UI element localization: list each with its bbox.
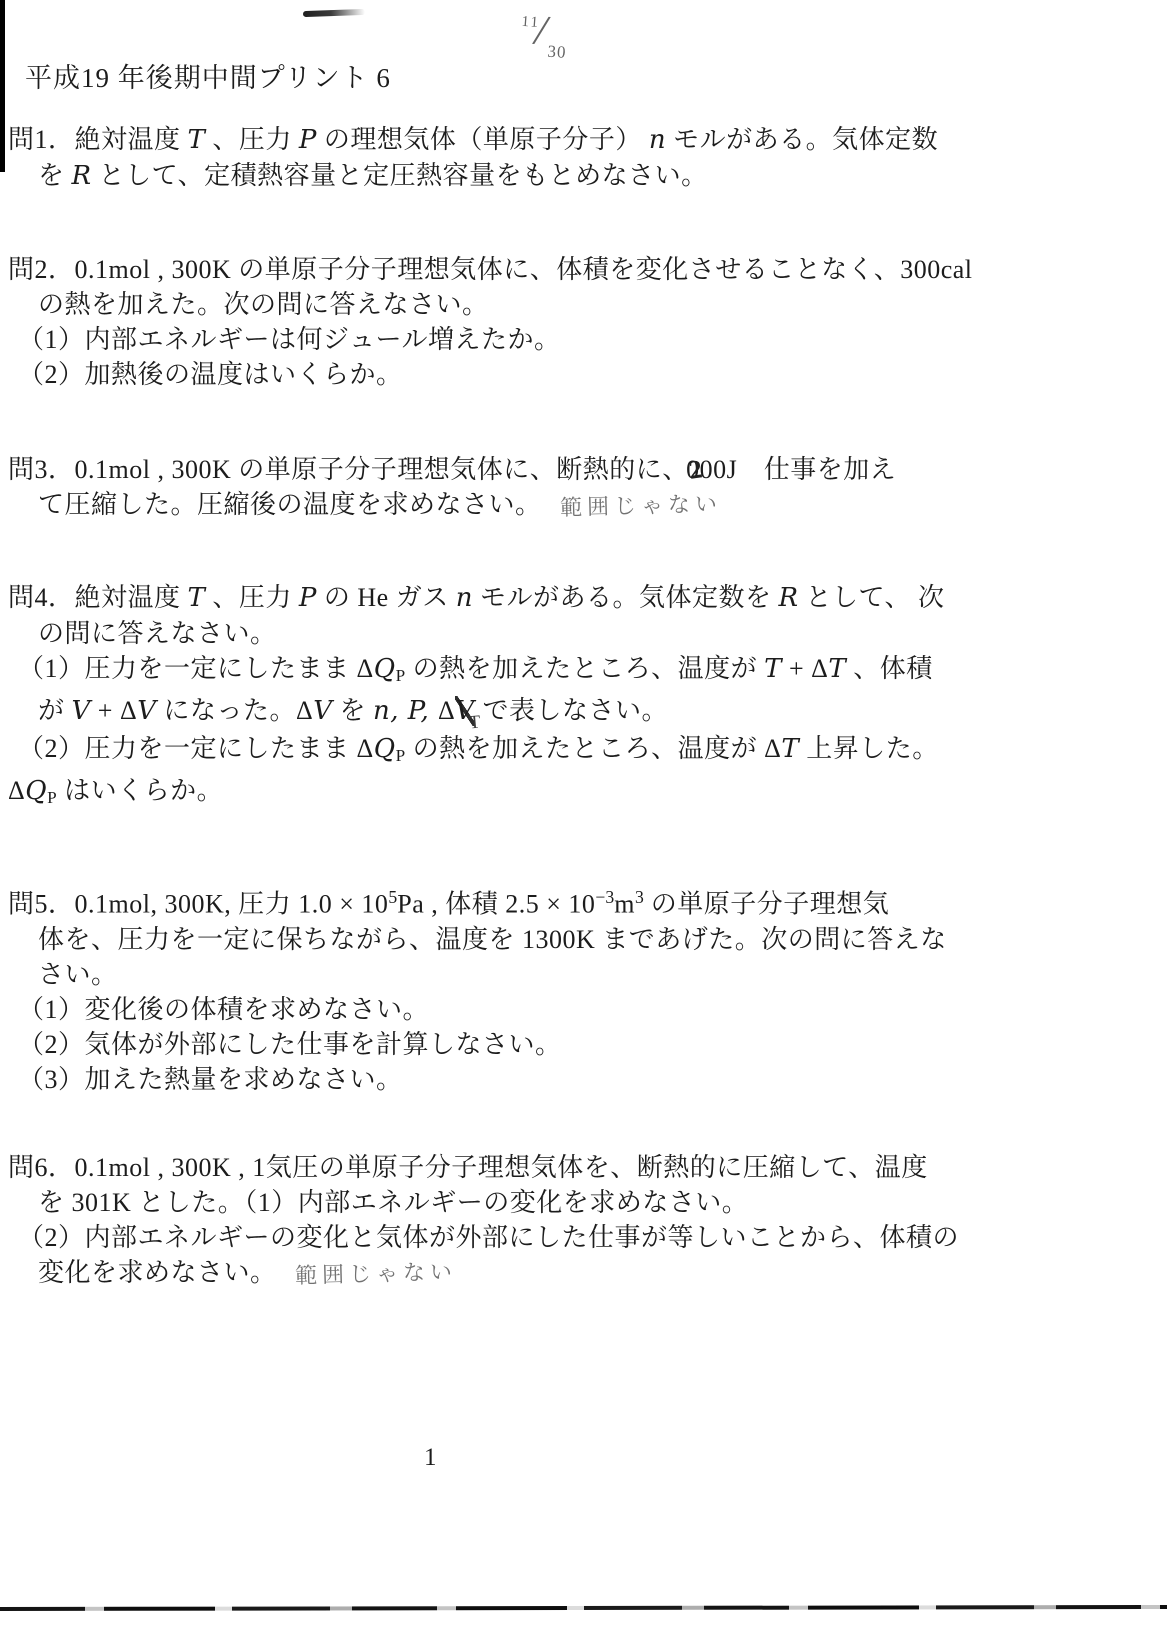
text-segment: −3 [595, 887, 614, 907]
text-segment: の熱を加えた。次の問に答えなさい。 [38, 290, 489, 319]
text-line: （1）圧力を一定にしたまま ΔQP の熱を加えたところ、温度が T + ΔT 、… [0, 651, 1167, 693]
text-line: 問5．0.1mol, 300K, 圧力 1.0 × 105Pa , 体積 2.5… [0, 880, 1167, 922]
text-segment: 問3．0.1mol , 300K の単原子分子理想気体に、断熱的に、 [8, 455, 689, 484]
text-segment: を [38, 161, 72, 190]
text-segment: の問に答えなさい。 [38, 619, 277, 648]
text-line: 問2．0.1mol , 300K の単原子分子理想気体に、体積を変化させることな… [0, 252, 1167, 287]
text-segment: 変化を求めなさい。 [38, 1258, 277, 1287]
text-segment: Δ [8, 776, 25, 805]
text-line: を R として、定積熱容量と定圧熱容量をもとめなさい。 [0, 158, 1167, 194]
text-segment: T [781, 734, 799, 764]
document-title: 平成19 年後期中間プリント 6 [25, 56, 391, 95]
text-line: （1）変化後の体積を求めなさい。 [0, 992, 1167, 1027]
text-segment: が [38, 696, 72, 725]
text-line: て圧縮した。圧縮後の温度を求めなさい。範囲じゃない [0, 487, 1167, 523]
text-segment: の He ガス [317, 583, 456, 612]
text-segment: P [396, 746, 406, 765]
text-segment: 00J [700, 455, 738, 484]
text-segment: P [47, 787, 57, 806]
text-segment: R [778, 583, 798, 613]
problem-5: 問5．0.1mol, 300K, 圧力 1.0 × 105Pa , 体積 2.5… [0, 880, 1167, 1097]
text-segment: T [764, 654, 782, 684]
text-line: 変化を求めなさい。範囲じゃない [0, 1255, 1167, 1291]
text-segment: V [137, 696, 156, 726]
scan-artifact-bottom-line [0, 1605, 1167, 1611]
text-segment: の熱を加えたところ、温度が [406, 654, 765, 683]
text-segment: Q [25, 776, 47, 806]
text-segment: n [649, 125, 666, 155]
text-segment: 問5．0.1mol, 300K, 圧力 1.0 × 10 [8, 890, 388, 919]
text-segment: 問1．絶対温度 [8, 125, 188, 154]
text-segment: 上昇した。 [799, 734, 939, 763]
text-segment: を 301K とした。（1）内部エネルギーの変化を求めなさい。 [38, 1188, 748, 1217]
text-segment: P [299, 125, 317, 155]
text-segment: （2）加熱後の温度はいくらか。 [18, 360, 403, 389]
handwritten-note: 範囲じゃない [294, 1254, 457, 1293]
text-line: さい。 [0, 957, 1167, 992]
text-segment: V [72, 696, 91, 726]
text-segment: はいくらか。 [57, 776, 223, 805]
text-segment: T [188, 125, 206, 155]
text-segment: 、圧力 [205, 125, 299, 154]
text-segment: 、圧力 [205, 583, 299, 612]
page-number: 1 [424, 1444, 437, 1472]
text-segment: 、体積 [846, 654, 933, 683]
text-segment: 体を、圧力を一定に保ちながら、温度を 1300K まであげた。次の問に答えな [38, 925, 947, 954]
text-segment: n, P, [373, 696, 438, 726]
text-segment: R [72, 161, 92, 191]
text-segment: n [456, 583, 473, 613]
text-line: を 301K とした。（1）内部エネルギーの変化を求めなさい。 [0, 1185, 1167, 1220]
text-segment: （2）内部エネルギーの変化と気体が外部にした仕事が等しいことから、体積の [18, 1223, 959, 1252]
text-segment: の熱を加えたところ、温度が Δ [406, 734, 782, 763]
text-segment: （1）内部エネルギーは何ジュール増えたか。 [18, 325, 560, 354]
text-segment: 仕事を加え [737, 455, 896, 484]
text-line: が V + ΔV になった。ΔV を n, P, ΔVTで表しなさい。 [0, 693, 1167, 731]
text-line: （2）内部エネルギーの変化と気体が外部にした仕事が等しいことから、体積の [0, 1220, 1167, 1255]
text-segment: の単原子分子理想気 [644, 890, 890, 919]
text-segment: Δ [438, 696, 455, 725]
text-segment: + Δ [782, 654, 828, 683]
problem-4: 問4．絶対温度 T 、圧力 P の He ガス n モルがある。気体定数を R … [0, 580, 1167, 814]
problem-6: 問6．0.1mol , 300K , 1気圧の単原子分子理想気体を、断熱的に圧縮… [0, 1150, 1167, 1291]
text-segment: （2）圧力を一定にしたまま Δ [18, 734, 374, 763]
problem-3: 問3．0.1mol , 300K の単原子分子理想気体に、断熱的に、2000J … [0, 452, 1167, 523]
text-segment: モルがある。気体定数を [473, 583, 779, 612]
handwritten-note: 範囲じゃない [559, 486, 722, 525]
text-line: 問4．絶対温度 T 、圧力 P の He ガス n モルがある。気体定数を R … [0, 580, 1167, 616]
problem-1: 問1．絶対温度 T 、圧力 P の理想気体（単原子分子） n モルがある。気体定… [0, 122, 1167, 194]
text-segment: Q [374, 654, 396, 684]
text-line: （1）内部エネルギーは何ジュール増えたか。 [0, 322, 1167, 357]
text-line: の熱を加えた。次の問に答えなさい。 [0, 287, 1167, 322]
text-line: （2）気体が外部にした仕事を計算しなさい。 [0, 1027, 1167, 1062]
text-segment: P [396, 666, 406, 685]
text-segment: の理想気体（単原子分子） [317, 125, 649, 154]
scan-artifact-top-smudge [303, 9, 365, 17]
text-segment: 3 [635, 887, 644, 907]
text-line: （2）圧力を一定にしたまま ΔQP の熱を加えたところ、温度が ΔT 上昇した。 [0, 731, 1167, 773]
text-segment: Q [374, 734, 396, 764]
text-segment: P [299, 583, 317, 613]
text-line: （2）加熱後の温度はいくらか。 [0, 357, 1167, 392]
text-segment: て圧縮した。圧縮後の温度を求めなさい。 [38, 490, 542, 519]
date-denominator: 30 [547, 42, 567, 63]
text-segment: T [828, 654, 846, 684]
scanned-document-page: 11 / 30 平成19 年後期中間プリント 6 問1．絶対温度 T 、圧力 P… [0, 0, 1167, 1626]
text-line: 問1．絶対温度 T 、圧力 P の理想気体（単原子分子） n モルがある。気体定… [0, 122, 1167, 158]
text-segment: （1）圧力を一定にしたまま Δ [18, 654, 374, 683]
text-segment: として、定積熱容量と定圧熱容量をもとめなさい。 [92, 161, 708, 190]
text-segment: 問2．0.1mol , 300K の単原子分子理想気体に、体積を変化させることな… [8, 255, 973, 284]
text-line: （3）加えた熱量を求めなさい。 [0, 1062, 1167, 1097]
text-line: ΔQP はいくらか。 [0, 773, 1167, 815]
handwritten-correction: T [467, 704, 482, 740]
text-line: 体を、圧力を一定に保ちながら、温度を 1300K まであげた。次の問に答えな [0, 922, 1167, 957]
text-segment: T [188, 583, 206, 613]
text-segment: として、 次 [799, 583, 945, 612]
text-line: の問に答えなさい。 [0, 616, 1167, 651]
text-segment: （2）気体が外部にした仕事を計算しなさい。 [18, 1030, 562, 1059]
handwritten-date: 11 / 30 [516, 12, 590, 79]
text-segment: + Δ [91, 696, 137, 725]
text-segment: で表しなさい。 [482, 696, 668, 725]
text-segment: （3）加えた熱量を求めなさい。 [18, 1065, 403, 1094]
text-segment: を [332, 696, 373, 725]
problem-2: 問2．0.1mol , 300K の単原子分子理想気体に、体積を変化させることな… [0, 252, 1167, 392]
text-segment: 問4．絶対温度 [8, 583, 188, 612]
text-segment: V [313, 696, 332, 726]
text-segment: （1）変化後の体積を求めなさい。 [18, 995, 429, 1024]
text-line: 問6．0.1mol , 300K , 1気圧の単原子分子理想気体を、断熱的に圧縮… [0, 1150, 1167, 1185]
text-segment: 5 [388, 887, 397, 907]
text-segment: さい。 [38, 960, 118, 989]
text-segment: 問6．0.1mol , 300K , 1気圧の単原子分子理想気体を、断熱的に圧縮… [8, 1153, 928, 1182]
date-slash: / [533, 7, 548, 56]
text-segment: になった。Δ [156, 696, 313, 725]
text-segment: m [614, 890, 635, 919]
text-segment: Pa , 体積 2.5 × 10 [397, 890, 595, 919]
text-line: 問3．0.1mol , 300K の単原子分子理想気体に、断熱的に、2000J … [0, 452, 1167, 487]
text-segment: モルがある。気体定数 [666, 125, 938, 154]
